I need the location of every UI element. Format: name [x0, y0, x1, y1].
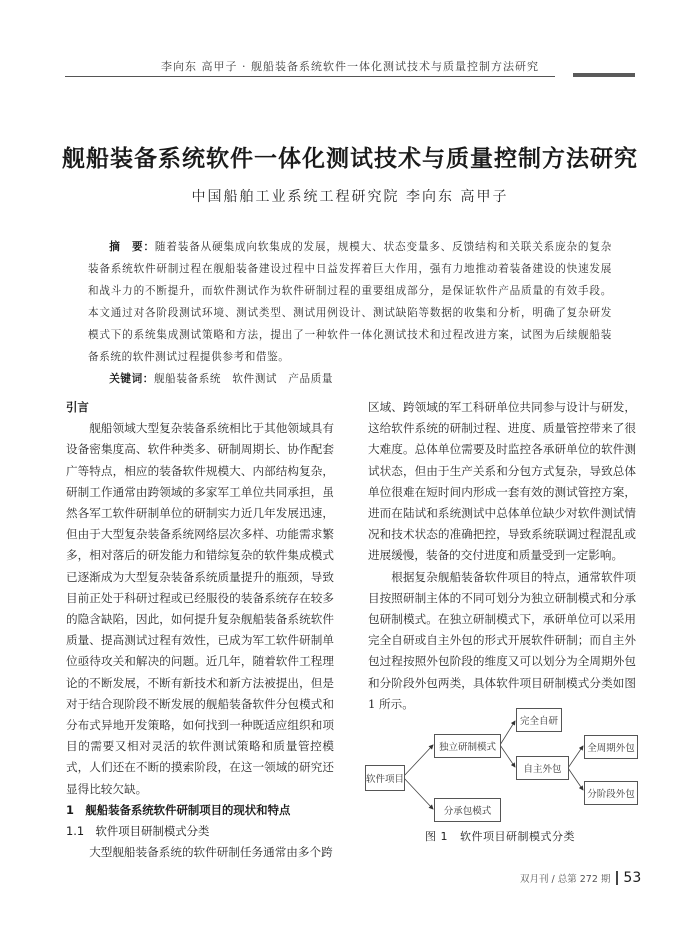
footer-separator — [616, 871, 618, 885]
abstract: 摘 要：随着装备从硬集成向软集成的发展，规模大、状态变量多、反馈结构和关联关系庞… — [88, 236, 612, 390]
intro-paragraph: 舰船领域大型复杂装备系统相比于其他领域具有设备密集度高、软件种类多、研制周期长、… — [66, 418, 334, 800]
figure-number: 图 1 — [425, 830, 448, 843]
node-phased-outsourcing: 分阶段外包 — [584, 781, 638, 805]
section-1-1-heading: 1.1 软件项目研制模式分类 — [66, 821, 334, 842]
journal-issue: 双月刊 / 总第 272 期 — [520, 871, 610, 885]
abstract-text: 随着装备从硬集成向软集成的发展，规模大、状态变量多、反馈结构和关联关系庞杂的复杂… — [88, 241, 612, 363]
diagram-arrows — [365, 705, 645, 823]
figure-1-diagram: 软件项目 独立研制模式 分承包模式 完全自研 自主外包 全周期外包 分阶段外包 — [365, 705, 645, 823]
intro-heading: 引言 — [66, 397, 334, 418]
node-full-cycle-outsourcing: 全周期外包 — [584, 735, 638, 759]
paper-title: 舰船装备系统软件一体化测试技术与质量控制方法研究 — [40, 140, 660, 173]
authors-affiliation: 中国船舶工业系统工程研究院 李向东 高甲子 — [40, 186, 660, 206]
page-footer: 双月刊 / 总第 272 期 53 — [520, 870, 641, 886]
header-rule — [65, 76, 555, 77]
figure-caption: 图 1软件项目研制模式分类 — [425, 828, 575, 844]
section-1-heading: 1 舰船装备系统软件研制项目的现状和特点 — [66, 800, 334, 821]
abstract-label: 摘 要： — [109, 241, 155, 253]
right-paragraph-1: 区域、跨领域的军工科研单位共同参与设计与研发，这给软件系统的研制过程、进度、质量… — [368, 397, 636, 567]
right-column: 区域、跨领域的军工科研单位共同参与设计与研发，这给软件系统的研制过程、进度、质量… — [368, 397, 636, 715]
node-software-project: 软件项目 — [365, 765, 405, 791]
right-paragraph-2: 根据复杂舰船装备软件项目的特点，通常软件项目按照研制主体的不同可划分为独立研制模… — [368, 567, 636, 715]
figure-caption-text: 软件项目研制模式分类 — [460, 830, 575, 843]
node-subcontract-mode: 分承包模式 — [434, 798, 501, 822]
keywords-text: 舰船装备系统 软件测试 产品质量 — [154, 373, 333, 385]
node-self-development: 完全自研 — [516, 708, 562, 732]
left-column: 引言 舰船领域大型复杂装备系统相比于其他领域具有设备密集度高、软件种类多、研制周… — [66, 397, 334, 863]
header-bar — [573, 73, 635, 77]
page-number: 53 — [623, 870, 641, 886]
node-independent-mode: 独立研制模式 — [434, 734, 501, 758]
keywords-label: 关键词： — [109, 373, 154, 385]
node-self-outsourcing: 自主外包 — [516, 756, 569, 780]
running-head: 李向东 高甲子 · 舰船装备系统软件一体化测试技术与质量控制方法研究 — [65, 58, 635, 74]
section-1-1-paragraph: 大型舰船装备系统的软件研制任务通常由多个跨 — [66, 842, 334, 863]
